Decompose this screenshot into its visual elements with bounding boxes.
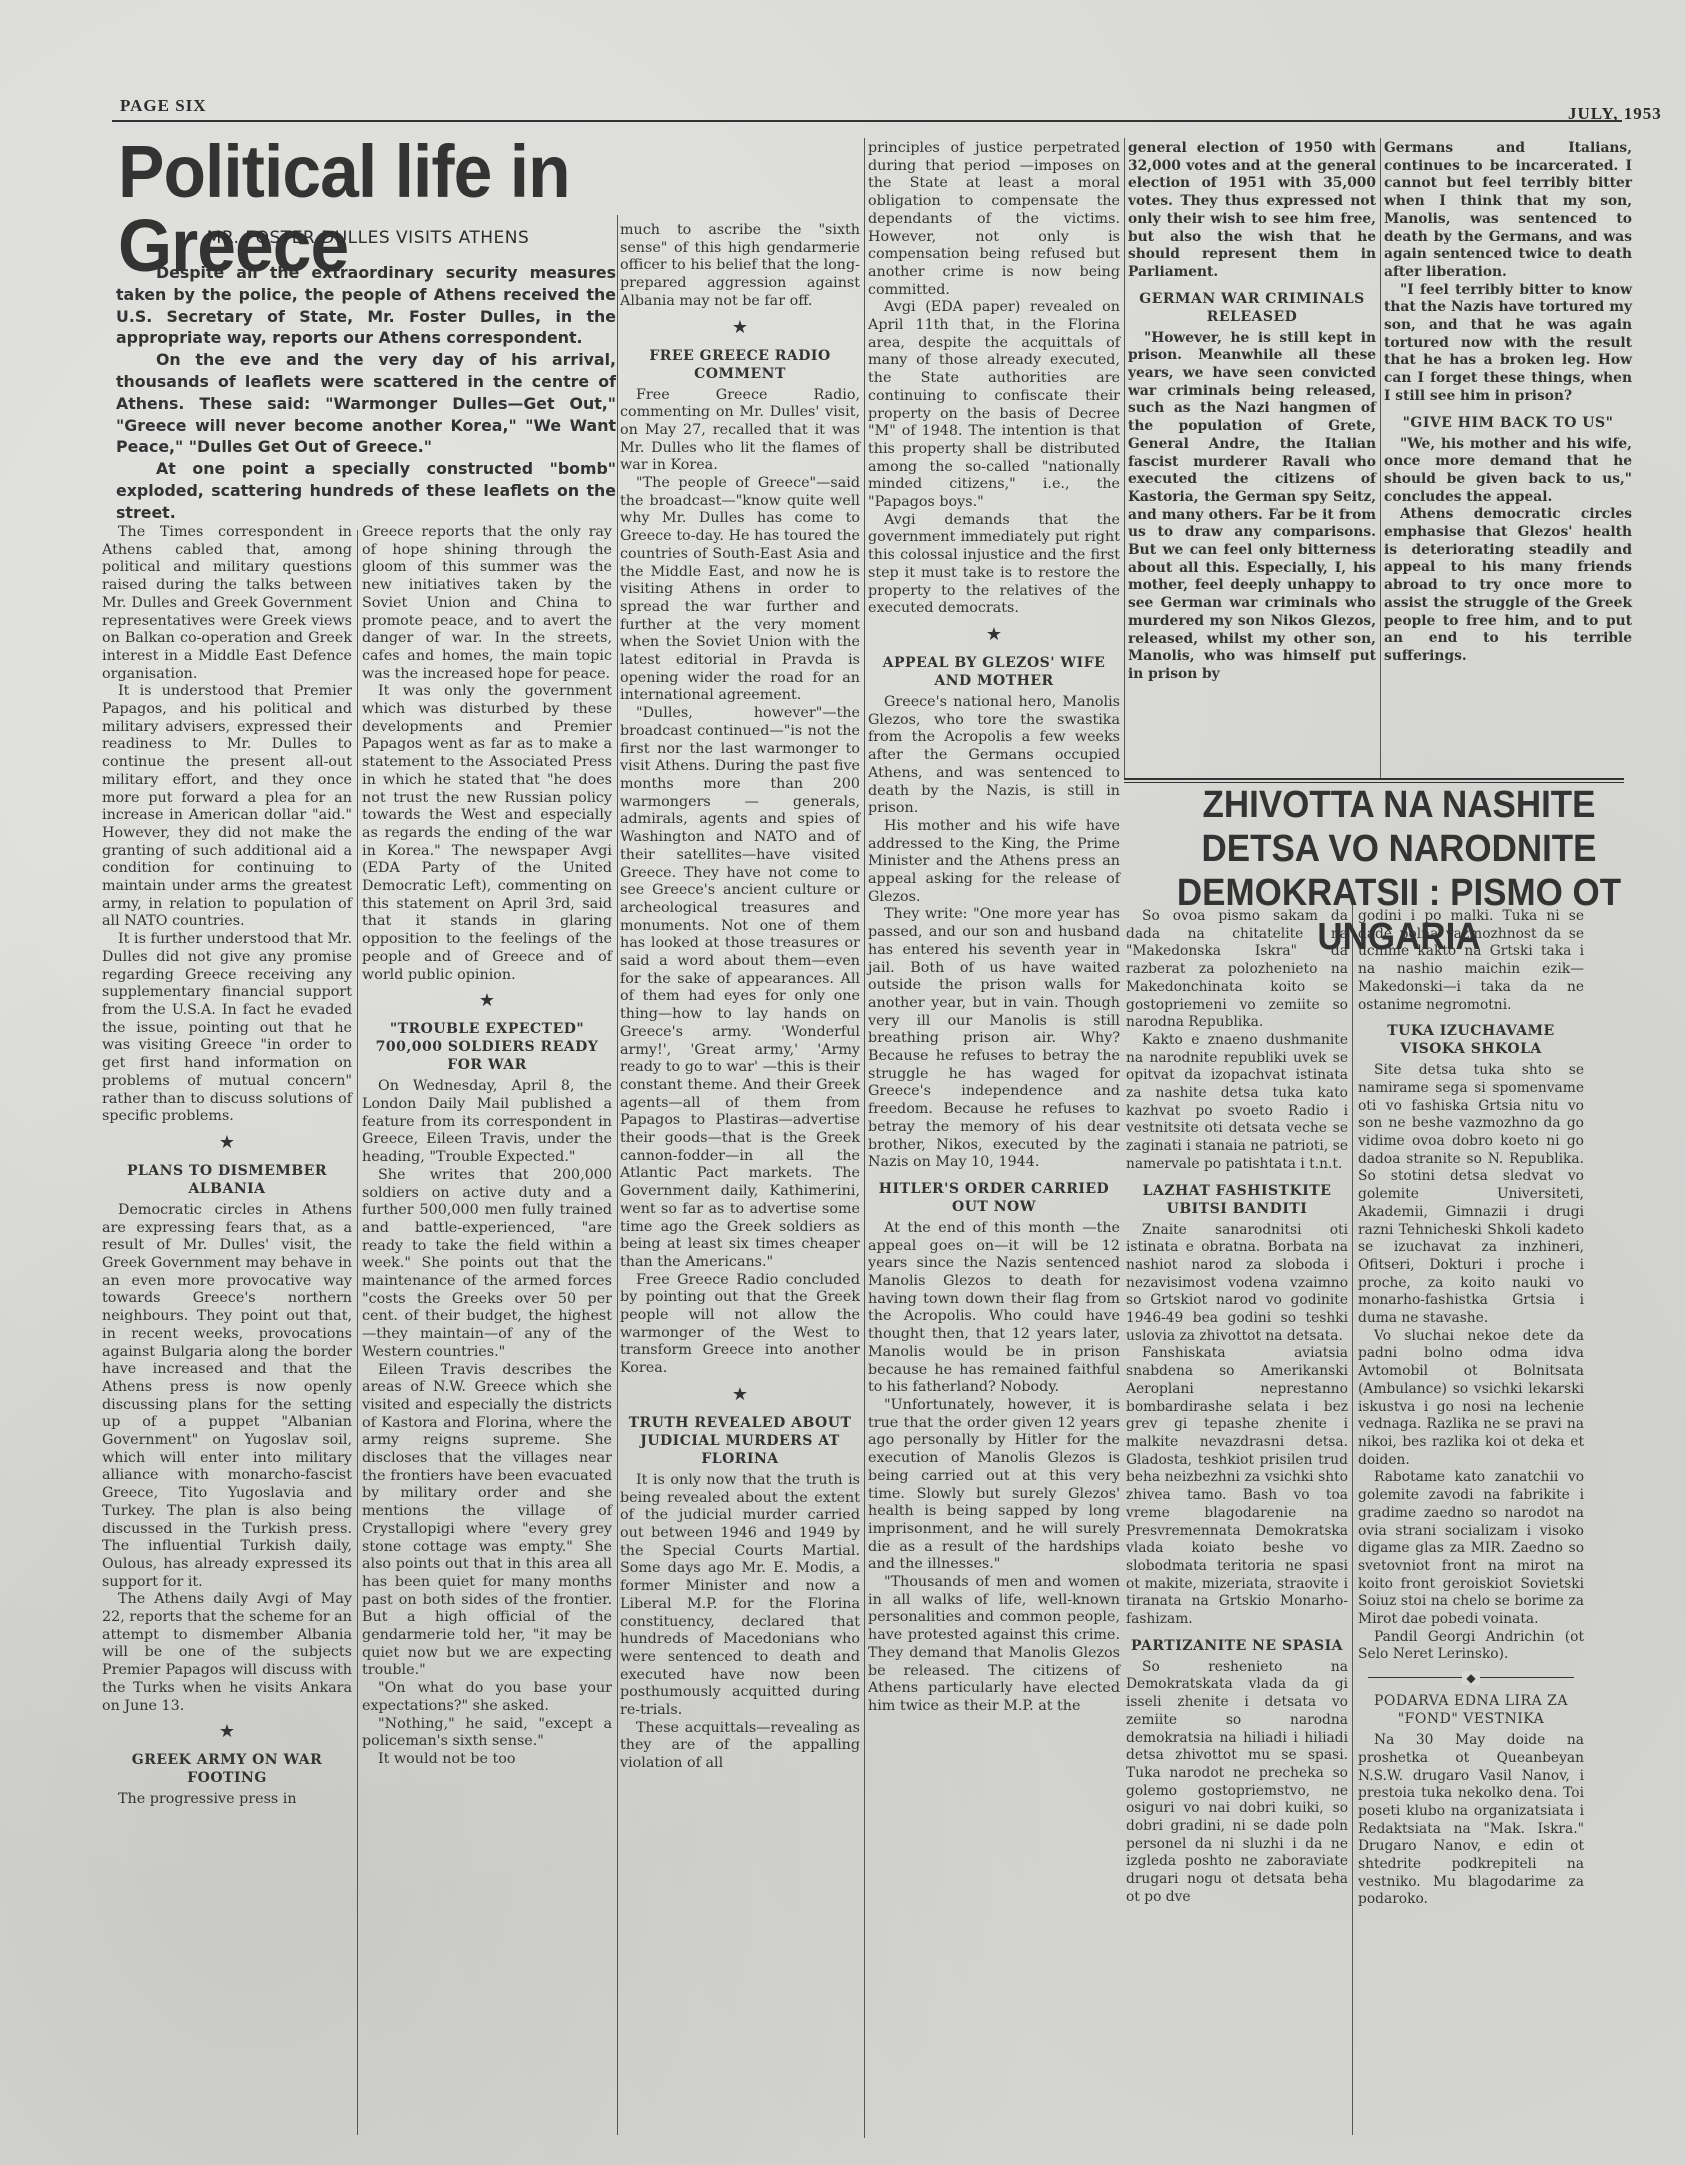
subheading: "GIVE HIM BACK TO US": [1384, 414, 1632, 432]
paragraph: "On what do you base your expectations?"…: [362, 1680, 612, 1715]
paragraph: The progressive press in: [102, 1791, 352, 1809]
article-column-3: much to ascribe the "sixth sense" of thi…: [620, 222, 860, 1773]
subheading: TUKA IZUCHAVAME VISOKA SHKOLA: [1358, 1022, 1584, 1058]
paragraph: Greece reports that the only ray of hope…: [362, 524, 612, 683]
page-label: PAGE SIX: [120, 96, 207, 116]
paragraph: It would not be too: [362, 1751, 612, 1769]
column-rule: [1380, 138, 1381, 778]
subheading: "TROUBLE EXPECTED" 700,000 SOLDIERS READ…: [362, 1020, 612, 1074]
subheading: FREE GREECE RADIO COMMENT: [620, 347, 860, 383]
diamond-icon: ◆: [1462, 1671, 1479, 1685]
paragraph: The Times correspondent in Athens cabled…: [102, 524, 352, 683]
paragraph: general election of 1950 with 32,000 vot…: [1128, 140, 1376, 282]
paragraph: Free Greece Radio, commenting on Mr. Dul…: [620, 387, 860, 476]
paragraph: It is further understood that Mr. Dulles…: [102, 931, 352, 1126]
paragraph: "I feel terribly bitter to know that the…: [1384, 282, 1632, 406]
intro-heading: MR. FOSTER DULLES VISITS ATHENS: [118, 228, 618, 248]
paragraph: So ovoa pismo sakam da dada na chitateli…: [1126, 908, 1348, 1032]
paragraph: Democratic circles in Athens are express…: [102, 1202, 352, 1591]
subheading: TRUTH REVEALED ABOUT JUDICIAL MURDERS AT…: [620, 1414, 860, 1468]
column-rule: [617, 215, 618, 2135]
subheading: PODARVA EDNA LIRA ZA "FOND" VESTNIKA: [1358, 1692, 1584, 1728]
macedonian-column-right: godini i po malki. Tuka ni se dade polna…: [1358, 908, 1584, 1909]
subheading: HITLER'S ORDER CARRIED OUT NOW: [868, 1180, 1120, 1216]
macedonian-column-left: So ovoa pismo sakam da dada na chitateli…: [1126, 908, 1348, 1907]
subheading: PARTIZANITE NE SPASIA: [1126, 1637, 1348, 1655]
ornamental-divider: ◆: [1358, 1670, 1584, 1684]
intro-paragraph: At one point a specially constructed "bo…: [116, 458, 616, 523]
paragraph: "Nothing," he said, "except a policeman'…: [362, 1716, 612, 1751]
paragraph: godini i po malki. Tuka ni se dade polna…: [1358, 908, 1584, 1014]
paragraph: It was only the government which was dis…: [362, 683, 612, 984]
paragraph: Athens democratic circles emphasise that…: [1384, 506, 1632, 665]
article-column-1: The Times correspondent in Athens cabled…: [102, 524, 352, 1809]
header-rule: [112, 120, 1622, 122]
paragraph: "Thousands of men and women in all walks…: [868, 1574, 1120, 1716]
paragraph: These acquittals—revealing as they are o…: [620, 1720, 860, 1773]
paragraph: Rabotame kato zanatchii vo golemite zavo…: [1358, 1469, 1584, 1628]
paragraph: Germans and Italians, continues to be in…: [1384, 140, 1632, 282]
paragraph: much to ascribe the "sixth sense" of thi…: [620, 222, 860, 311]
paragraph: "However, he is still kept in prison. Me…: [1128, 330, 1376, 684]
paragraph: Greece's national hero, Manolis Glezos, …: [868, 694, 1120, 818]
star-separator-icon: ★: [620, 317, 860, 339]
paragraph: It is understood that Premier Papagos, a…: [102, 683, 352, 931]
column-rule: [1124, 138, 1125, 778]
paragraph: Free Greece Radio concluded by pointing …: [620, 1272, 860, 1378]
subheading: LAZHAT FASHISTKITE UBITSI BANDITI: [1126, 1182, 1348, 1218]
paragraph: So reshenieto na Demokratskata vlada da …: [1126, 1659, 1348, 1907]
subheading: PLANS TO DISMEMBER ALBANIA: [102, 1162, 352, 1198]
paragraph: Site detsa tuka shto se namirame sega si…: [1358, 1062, 1584, 1328]
intro-paragraph: Despite all the extraordinary security m…: [116, 262, 616, 349]
paragraph: They write: "One more year has passed, a…: [868, 906, 1120, 1172]
paragraph: At the end of this month —the appeal goe…: [868, 1220, 1120, 1397]
star-separator-icon: ★: [868, 624, 1120, 646]
star-separator-icon: ★: [102, 1721, 352, 1743]
paragraph: "The people of Greece"—said the broadcas…: [620, 475, 860, 705]
paragraph: principles of justice perpetrated during…: [868, 140, 1120, 299]
star-separator-icon: ★: [362, 990, 612, 1012]
column-rule: [1352, 905, 1353, 2135]
article-column-6: Germans and Italians, continues to be in…: [1384, 140, 1632, 666]
subheading: APPEAL BY GLEZOS' WIFE AND MOTHER: [868, 654, 1120, 690]
paragraph: Na 30 May doide na proshetka ot Queanbey…: [1358, 1732, 1584, 1909]
column-rule: [864, 138, 865, 2138]
paragraph: "We, his mother and his wife, once more …: [1384, 436, 1632, 507]
paragraph: "Unfortunately, however, it is true that…: [868, 1397, 1120, 1574]
star-separator-icon: ★: [620, 1384, 860, 1406]
star-separator-icon: ★: [102, 1132, 352, 1154]
paragraph: "Dulles, however"—the broadcast continue…: [620, 705, 860, 1272]
paragraph: Znaite sanarodnitsi oti istinata e obrat…: [1126, 1222, 1348, 1346]
article-column-2: Greece reports that the only ray of hope…: [362, 524, 612, 1769]
subheading: GERMAN WAR CRIMINALS RELEASED: [1128, 290, 1376, 326]
article-column-5: general election of 1950 with 32,000 vot…: [1128, 140, 1376, 684]
paragraph: She writes that 200,000 soldiers on acti…: [362, 1167, 612, 1362]
paragraph: His mother and his wife have addressed t…: [868, 818, 1120, 907]
paragraph: Avgi demands that the government immedia…: [868, 512, 1120, 618]
paragraph: The Athens daily Avgi of May 22, reports…: [102, 1591, 352, 1715]
intro-paragraph: On the eve and the very day of his arriv…: [116, 349, 616, 458]
paragraph: Avgi (EDA paper) revealed on April 11th …: [868, 299, 1120, 511]
paragraph: Fanshiskata aviatsia snabdena so Amerika…: [1126, 1345, 1348, 1628]
subheading: GREEK ARMY ON WAR FOOTING: [102, 1751, 352, 1787]
paragraph: Kakto e znaeno dushmanite na narodnite r…: [1126, 1032, 1348, 1174]
column-rule: [357, 530, 358, 2135]
section-rule: [1124, 778, 1624, 780]
article-column-4: principles of justice perpetrated during…: [868, 140, 1120, 1716]
paragraph: On Wednesday, April 8, the London Daily …: [362, 1078, 612, 1167]
signature: Pandil Georgi Andrichin (ot Selo Neret L…: [1358, 1629, 1584, 1664]
paragraph: It is only now that the truth is being r…: [620, 1472, 860, 1720]
intro-block: Despite all the extraordinary security m…: [116, 262, 616, 524]
paragraph: Vo sluchai nekoe dete da padni bolno odm…: [1358, 1328, 1584, 1470]
paragraph: Eileen Travis describes the areas of N.W…: [362, 1362, 612, 1681]
